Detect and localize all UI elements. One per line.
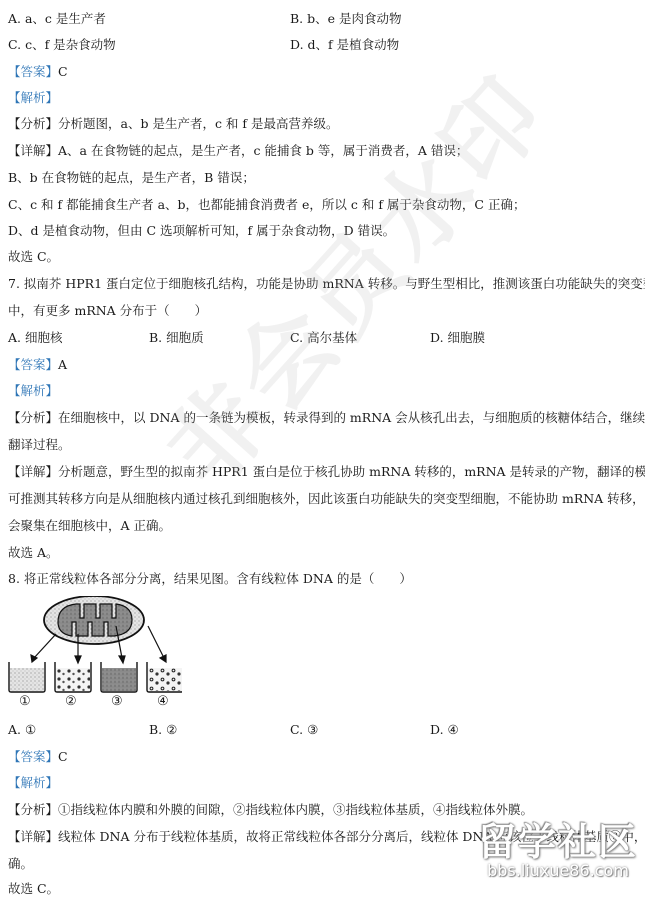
q8-option-a: A. ① (8, 722, 36, 738)
xiangjie-label: 【详解】 (8, 464, 58, 479)
q8-option-b: B. ② (149, 722, 177, 738)
answer-value: C (58, 749, 68, 764)
xiangjie-line: 分析题意，野生型的拟南芥 HPR1 蛋白是位于核孔协助 mRNA 转移的，mRN… (58, 464, 645, 479)
fenxi-text: 分析题图，a、b 是生产者，c 和 f 是最高营养级。 (58, 116, 338, 131)
xiangjie-label: 【详解】 (8, 143, 58, 158)
answer-label: 【答案】 (8, 64, 58, 79)
mitochondrion-fractionation-diagram: ① ② ③ ④ (6, 596, 182, 710)
fenxi-text: ①指线粒体内膜和外膜的间隙，②指线粒体内膜，③指线粒体基质，④指线粒体外膜。 (58, 802, 533, 817)
q6-analysis-heading: 【解析】 (8, 90, 58, 106)
q8-conclusion: 故选 C。 (8, 881, 59, 897)
q7-option-b: B. 细胞质 (149, 330, 204, 346)
fenxi-label: 【分析】 (8, 802, 58, 817)
q7-fenxi-line2: 翻译过程。 (8, 437, 71, 453)
q6-option-b: B. b、e 是肉食动物 (290, 11, 402, 27)
q8-xiangjie: 【详解】线粒体 DNA 分布于线粒体基质，故将正常线粒体各部分分离后，线粒体 D… (8, 829, 645, 845)
q6-xiangjie-line-d: D、d 是植食动物，但由 C 选项解析可知，f 属于杂食动物，D 错误。 (8, 223, 395, 239)
q7-xiangjie: 【详解】分析题意，野生型的拟南芥 HPR1 蛋白是位于核孔协助 mRNA 转移的… (8, 464, 645, 480)
q7-xiangjie-line2: 可推测其转移方向是从细胞核内通过核孔到细胞核外，因此该蛋白功能缺失的突变型细胞，… (8, 491, 645, 507)
q8-analysis-heading: 【解析】 (8, 775, 58, 791)
q6-conclusion: 故选 C。 (8, 249, 59, 265)
answer-value: C (58, 64, 68, 79)
q6-option-c: C. c、f 是杂食动物 (8, 37, 116, 53)
fenxi-text: 在细胞核中，以 DNA 的一条链为模板，转录得到的 mRNA 会从核孔出去，与细… (58, 410, 645, 425)
q8-stem: 8. 将正常线粒体各部分分离，结果见图。含有线粒体 DNA 的是（ ） (8, 571, 412, 587)
xiangjie-line: A、a 在食物链的起点，是生产者，c 能捕食 b 等，属于消费者，A 错误； (58, 143, 468, 158)
beaker-label-4: ④ (157, 694, 169, 709)
q8-option-c: C. ③ (290, 722, 318, 738)
analysis-label: 【解析】 (8, 775, 58, 790)
fenxi-label: 【分析】 (8, 410, 58, 425)
site-watermark-url: bbs.liuxue86.com (478, 862, 638, 880)
q7-stem-line1: 7. 拟南芥 HPR1 蛋白定位于细胞核孔结构，功能是协助 mRNA 转移。与野… (8, 276, 645, 292)
q8-fenxi: 【分析】①指线粒体内膜和外膜的间隙，②指线粒体内膜，③指线粒体基质，④指线粒体外… (8, 802, 533, 818)
xiangjie-line: 线粒体 DNA 分布于线粒体基质，故将正常线粒体各部分分离后，线粒体 DNA 应… (58, 829, 645, 844)
answer-label: 【答案】 (8, 357, 58, 372)
q6-option-a: A. a、c 是生产者 (8, 11, 106, 27)
beaker-label-1: ① (19, 694, 31, 709)
q6-fenxi: 【分析】分析题图，a、b 是生产者，c 和 f 是最高营养级。 (8, 116, 339, 132)
q6-xiangjie: 【详解】A、a 在食物链的起点，是生产者，c 能捕食 b 等，属于消费者，A 错… (8, 143, 468, 159)
analysis-label: 【解析】 (8, 383, 58, 398)
q7-stem-line2: 中，有更多 mRNA 分布于（ ） (8, 303, 207, 319)
analysis-label: 【解析】 (8, 90, 58, 105)
q6-option-d: D. d、f 是植食动物 (290, 37, 399, 53)
beaker-label-3: ③ (111, 694, 123, 709)
q7-option-c: C. 高尔基体 (290, 330, 357, 346)
answer-label: 【答案】 (8, 749, 58, 764)
q7-option-a: A. 细胞核 (8, 330, 62, 346)
document-page: A. a、c 是生产者 B. b、e 是肉食动物 C. c、f 是杂食动物 D.… (0, 0, 645, 897)
xiangjie-label: 【详解】 (8, 829, 58, 844)
q7-analysis-heading: 【解析】 (8, 383, 58, 399)
q6-xiangjie-line-b: B、b 在食物链的起点，是生产者，B 错误； (8, 170, 255, 186)
answer-value: A (58, 357, 67, 372)
q6-xiangjie-line-c: C、c 和 f 都能捕食生产者 a、b，也都能捕食消费者 e，所以 c 和 f … (8, 197, 525, 213)
q6-answer: 【答案】C (8, 64, 68, 80)
q7-answer: 【答案】A (8, 357, 67, 373)
q8-xiangjie-line2: 确。 (8, 856, 33, 872)
q8-option-d: D. ④ (430, 722, 459, 738)
q7-conclusion: 故选 A。 (8, 545, 59, 561)
q7-option-d: D. 细胞膜 (430, 330, 485, 346)
q8-answer: 【答案】C (8, 749, 68, 765)
beaker-label-2: ② (65, 694, 77, 709)
mitochondrion-illustration (6, 596, 182, 710)
q7-xiangjie-line3: 会聚集在细胞核中，A 正确。 (8, 518, 171, 534)
fenxi-label: 【分析】 (8, 116, 58, 131)
q7-fenxi: 【分析】在细胞核中，以 DNA 的一条链为模板，转录得到的 mRNA 会从核孔出… (8, 410, 645, 426)
